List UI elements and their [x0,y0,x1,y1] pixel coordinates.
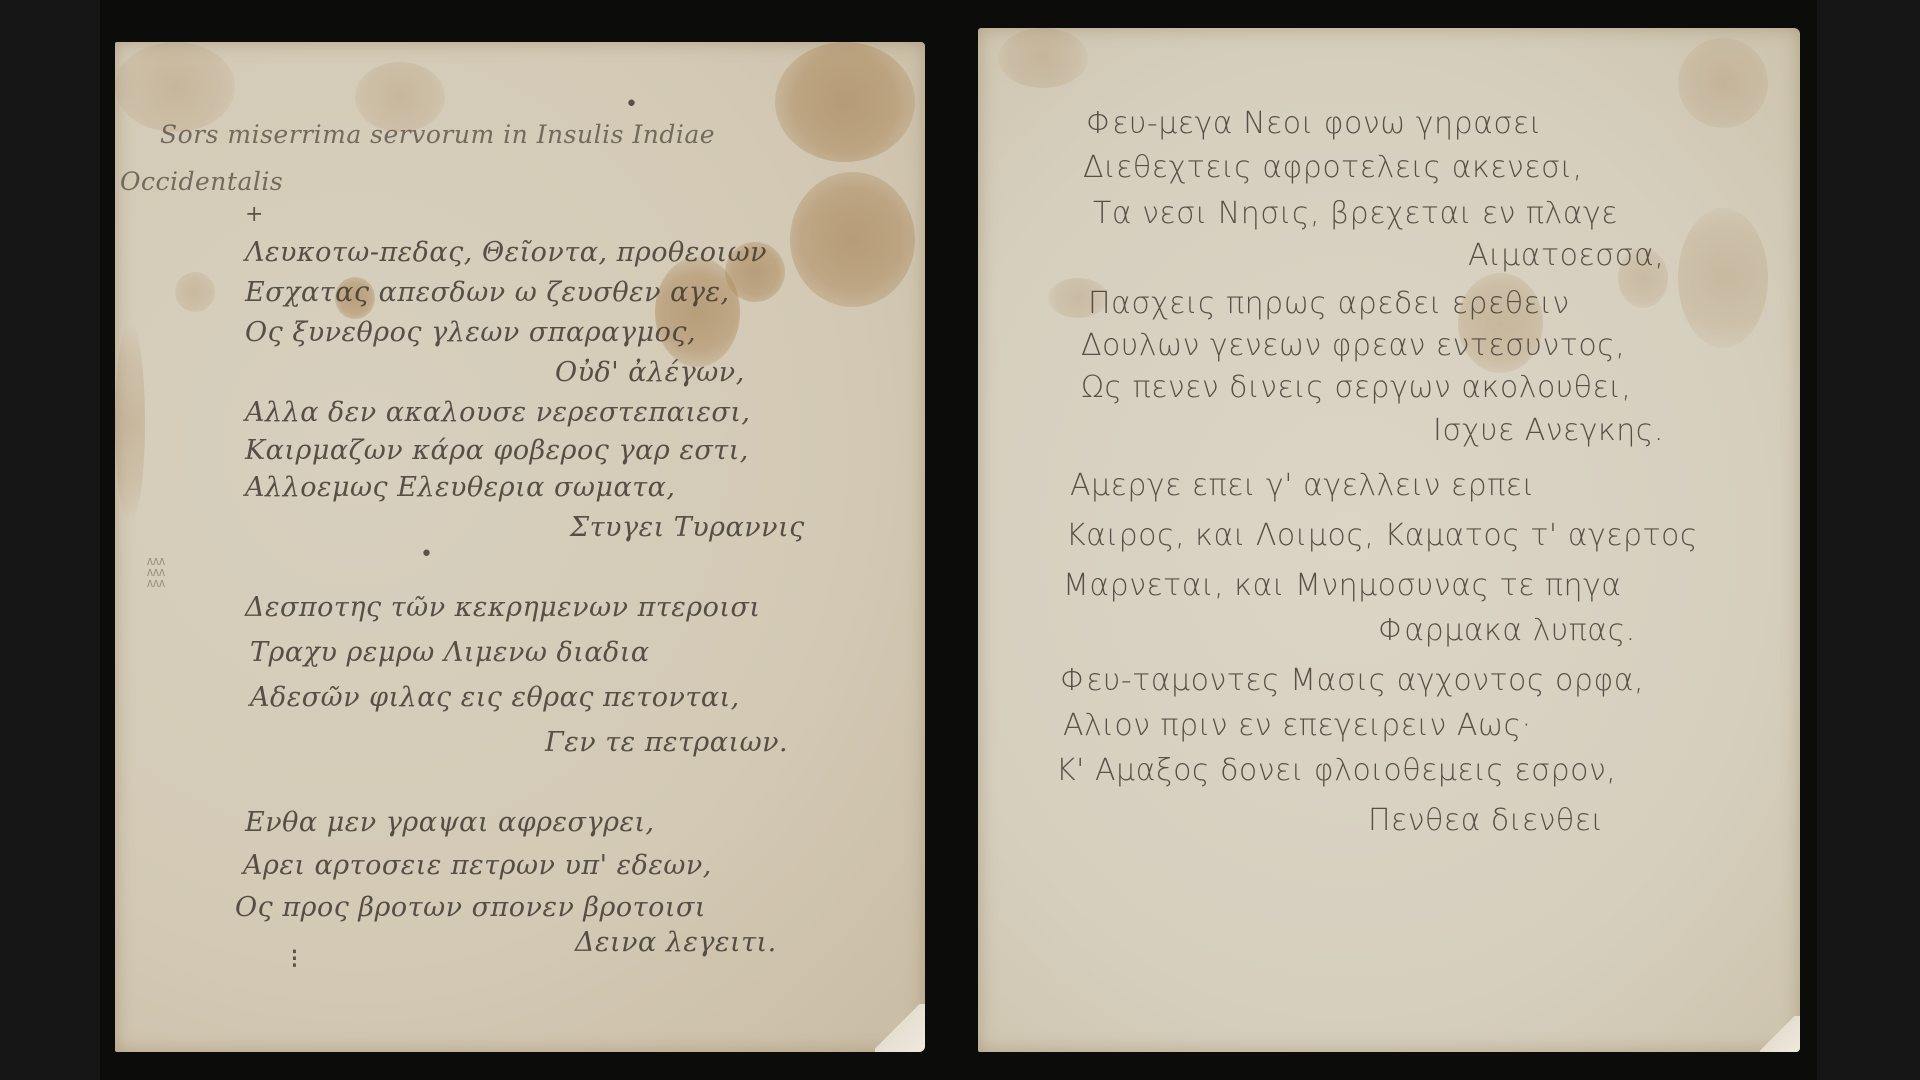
verse-line: Μαρνεται, και Μνημοσυνας τε πηγα [1063,568,1622,603]
verse-line: Φευ-μεγα Νεοι φονω γηρασει [1086,106,1542,141]
verse-line: Εσχατας απεσδων ω ζευσθεν αγε, [245,277,730,308]
folded-corner [875,1004,925,1052]
verse-line: Φευ-ταμοντες Μασις αγχοντος ορφα, [1060,663,1644,698]
manuscript-page-left: Sors miserrima servorum in Insulis India… [115,42,925,1052]
section-mark-bottom: ⁝ [290,942,299,975]
verse-line: Αδεσῶν φιλας εις εθρας πετονται, [250,682,740,713]
verse-refrain: Πενθεα διενθει [1368,803,1604,838]
verse-line: Δεσποτης τῶν κεκρημενων πτεροισι [245,592,761,623]
verse-refrain: Δεινα λεγειτι. [575,927,777,958]
foxing-stain [175,272,215,312]
verse-line: Αρει αρτοσειε πετρων υπ' εδεων, [243,850,712,881]
verse-refrain: Στυγει Τυραννις [570,512,805,543]
verse-refrain: Ισχυε Ανεγκης. [1433,413,1664,448]
section-mark-top: + [245,202,263,227]
ink-dot: • [625,92,638,117]
verse-line: Ενθα μεν γραψαι αφρεσγρει, [245,807,655,838]
verse-line: Ος ξυνεθρος γλεων σπαραγμος, [245,317,696,348]
water-stain [655,257,740,367]
verse-line: Αλλα δεν ακαλουσε νερεστεπαιεσι, [245,397,751,428]
verse-refrain: Αιματοεσσα, [1468,238,1664,273]
verse-line: Δουλων γενεων φρεαν εντεσυντος, [1081,328,1625,363]
foxing-stain [1678,208,1768,348]
verse-refrain: Οὐδ' ἀλέγων, [555,357,745,388]
folded-corner [1760,1016,1800,1052]
verse-line: Τα νεσι Νησις, βρεχεται εν πλαγε [1093,196,1618,231]
verse-line: Ος προς βροτων σπονεν βροτοισι [235,892,706,923]
foxing-stain [1678,38,1768,128]
verse-line: Κ' Αμαξος δονει φλοιοθεμεις εσρον, [1056,753,1616,788]
margin-annotation: ΛΛΛ ΛΛΛ ΛΛΛ [147,557,165,590]
verse-line: Πασχεις πηρως αρεδει ερεθειν [1088,286,1570,321]
manuscript-page-right: Φευ-μεγα Νεοι φονω γηρασει Διεθεχτεις αφ… [978,28,1800,1052]
page-heading-line-1: Sors miserrima servorum in Insulis India… [160,120,715,149]
foxing-stain [115,322,145,522]
foxing-stain [998,28,1088,88]
verse-line: Καιρος, και Λοιμος, Καματος τ' αγερτος [1066,518,1698,553]
verse-line: Αλιον πριν εν επεγειρειν Αως· [1063,708,1532,743]
ink-dot: • [420,542,433,567]
verse-line: Λευκοτω-πεδας, Θεῖοντα, προθεοιων [245,237,767,268]
water-stain [790,172,915,307]
verse-line: Αμεργε επει γ' αγελλειν ερπει [1070,468,1535,503]
verse-line: Ως πενεν δινεις σεργων ακολουθει, [1081,370,1631,405]
page-heading-line-2: Occidentalis [120,167,283,196]
foxing-stain [115,42,235,132]
verse-line: Τραχυ ρεμρω Λιμενω διαδια [250,637,650,668]
water-stain [775,42,915,162]
verse-line: Διεθεχτεις αφροτελεις ακενεσι, [1083,150,1583,185]
verse-line: Καιρμαζων κάρα φοβερος γαρ εστι, [245,435,749,466]
verse-refrain: Γεν τε πετραιων. [545,727,788,758]
verse-refrain: Φαρμακα λυπας. [1378,613,1636,648]
verse-line: Αλλοεμως Ελευθερια σωματα, [245,472,675,503]
